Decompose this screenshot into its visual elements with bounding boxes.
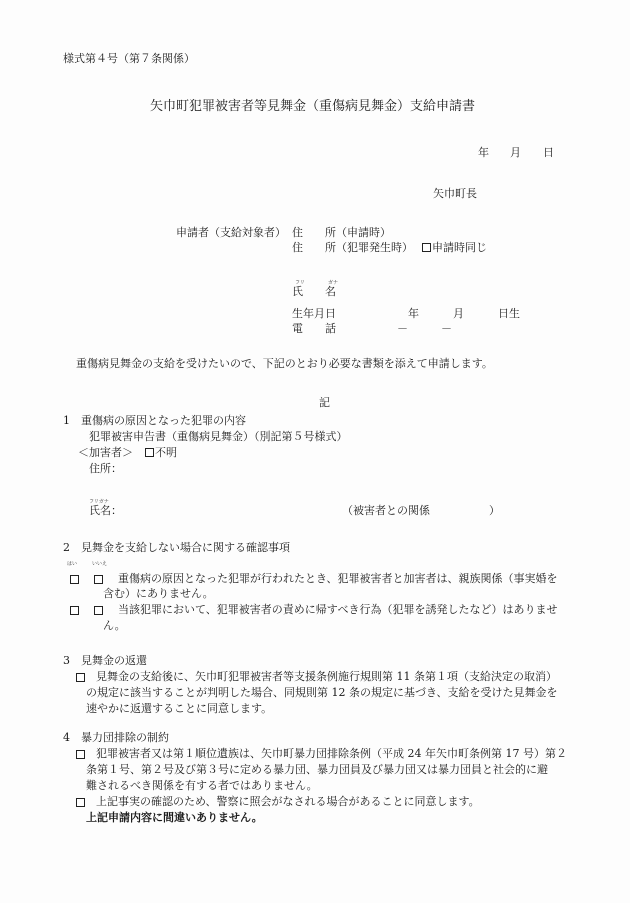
address-current-label: 住 所（申請時） — [292, 226, 391, 240]
birth-month: 月 — [453, 307, 464, 321]
same-as-current-checkbox[interactable]: 申請時同じ — [422, 241, 487, 255]
section4-item2: 上記事実の確認のため、警察に照会がなされる場合があることに同意します。 — [96, 795, 480, 809]
police-inquiry-checkbox[interactable] — [76, 798, 85, 807]
yes-checkbox[interactable] — [70, 575, 79, 584]
item-text-line2: 含む）にありません。 — [103, 587, 214, 601]
relation-label: （被害者との関係 — [342, 504, 430, 518]
checkbox-icon[interactable] — [422, 243, 431, 252]
date-day: 日 — [543, 146, 554, 160]
section4-item1-line-3: 難されるべき関係を有する者ではありません。 — [86, 779, 318, 793]
section1-heading: 1 重傷病の原因となった犯罪の内容 — [63, 414, 246, 428]
offender-label: ＜加害者＞ — [78, 446, 133, 460]
intro-text: 重傷病見舞金の支給を受けたいので、下記のとおり必要な書類を添えて申請します。 — [76, 357, 493, 371]
form-number: 様式第４号（第７条関係） — [63, 52, 195, 66]
no-checkbox[interactable] — [94, 575, 103, 584]
confirmation-text: 上記申請内容に間違いありません。 — [86, 811, 263, 825]
unknown-label: 不明 — [155, 446, 177, 459]
date-year: 年 — [478, 146, 489, 160]
antisocial-checkbox[interactable] — [76, 750, 85, 759]
section3-line-3: 速やかに返還することに同意します。 — [86, 702, 272, 716]
same-as-current-label: 申請時同じ — [432, 241, 487, 254]
item-text-line1: 当該犯罪において、犯罪被害者の責めに帰すべき行為（犯罪を誘発したなど）はありませ — [118, 603, 558, 617]
offender-unknown-checkbox[interactable]: 不明 — [145, 446, 177, 460]
yes-checkbox[interactable] — [70, 606, 79, 615]
phone-label: 電 話 — [292, 322, 336, 336]
refund-agree-checkbox[interactable] — [76, 673, 85, 682]
section3-line-2: の規定に該当することが判明した場合、同規則第 12 条の規定に基づき、支給を受け… — [86, 686, 558, 700]
section3-line-1: 見舞金の支給後に、矢巾町犯罪被害者等支援条例施行規則第 11 条第１項（支給決定… — [96, 670, 557, 684]
address-crime-label: 住 所（犯罪発生時） — [292, 241, 413, 255]
applicant-name-label: 氏 名 — [292, 285, 336, 299]
section4-item1-line-2: 条第１号、第２号及び第３号に定める暴力団、暴力団員及び暴力団又は暴力団員と社会的… — [86, 763, 548, 777]
section4-heading: 4 暴力団排除の制約 — [63, 731, 169, 745]
section4-item1-line-1: 犯罪被害者又は第１順位遺族は、矢巾町暴力団排除条例（平成 24 年矢巾町条例第 … — [96, 747, 567, 761]
addressee: 矢巾町長 — [433, 187, 477, 201]
section3-heading: 3 見舞金の返還 — [63, 654, 147, 668]
item-text-line2: ん。 — [103, 619, 126, 633]
yes-label: はい — [67, 561, 77, 567]
birth-day: 日生 — [498, 307, 520, 321]
offender-address-label: 住所： — [89, 462, 122, 476]
page-title: 矢巾町犯罪被害者等見舞金（重傷病見舞金）支給申請書 — [150, 100, 475, 114]
no-label: いいえ — [92, 561, 107, 567]
checkbox-icon[interactable] — [145, 448, 154, 457]
item-text-line1: 重傷病の原因となった犯罪が行われたとき、犯罪被害者と加害者は、親族関係（事実婚を — [118, 572, 558, 586]
birth-label: 生年月日 — [292, 307, 336, 321]
ki-heading: 記 — [319, 396, 330, 410]
no-checkbox[interactable] — [94, 606, 103, 615]
date-month: 月 — [510, 146, 521, 160]
section2-heading: 2 見舞金を支給しない場合に関する確認事項 — [63, 541, 290, 555]
relation-close: ） — [489, 504, 500, 518]
applicant-label: 申請者（支給対象者） — [176, 226, 286, 240]
phone-sep-1: － — [397, 322, 408, 336]
section1-doc: 犯罪被害申告書（重傷病見舞金）（別記第５号様式） — [89, 430, 348, 444]
birth-year: 年 — [408, 307, 419, 321]
offender-name-label: 氏名： — [89, 504, 122, 518]
phone-sep-2: － — [441, 322, 452, 336]
